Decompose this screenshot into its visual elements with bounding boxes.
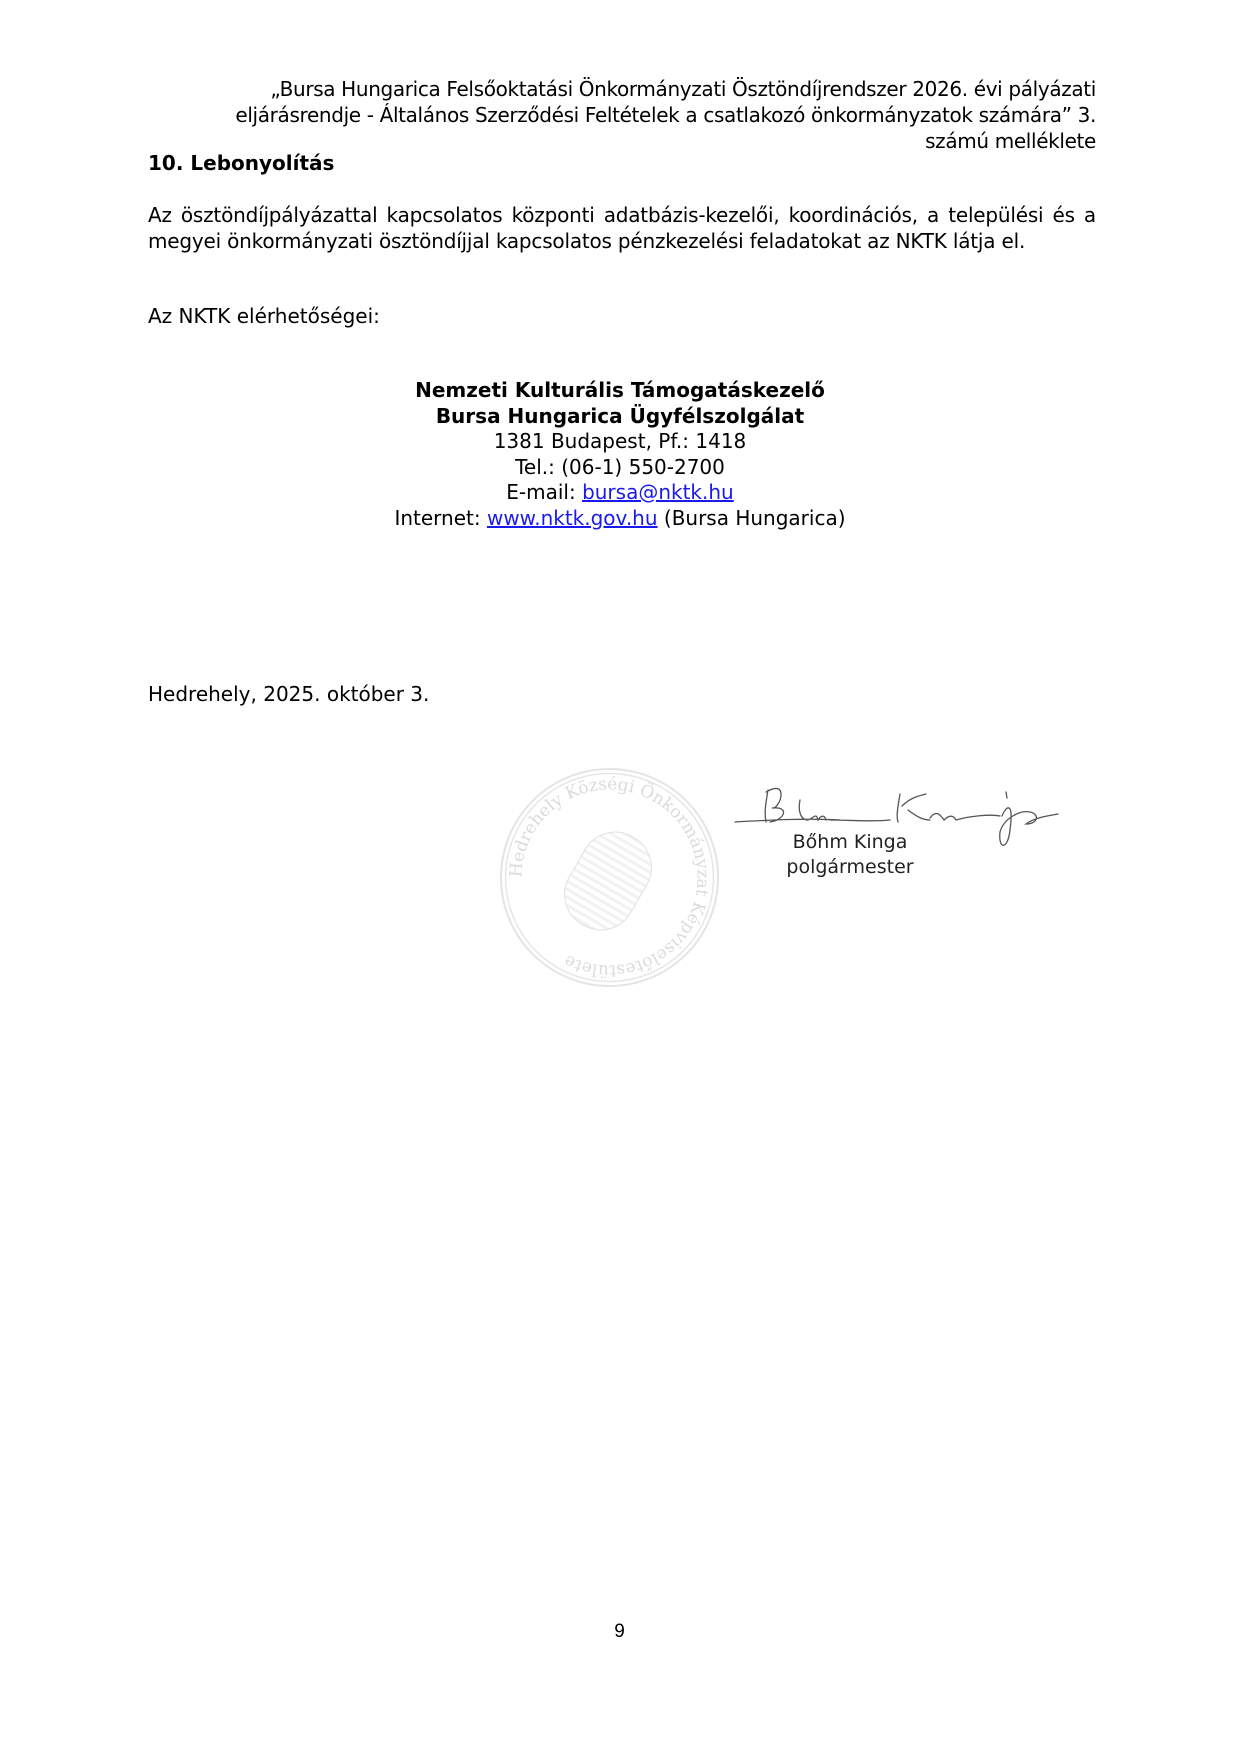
signer-title: polgármester [760,855,940,880]
website-suffix: (Bursa Hungarica) [658,506,846,530]
website-label: Internet: [394,506,487,530]
postal-address: 1381 Budapest, Pf.: 1418 [320,429,920,455]
contacts-label: Az NKTK elérhetőségei: [148,303,380,329]
contact-block: Nemzeti Kulturális Támogatáskezelő Bursa… [320,378,920,531]
place-date: Hedrehely, 2025. október 3. [148,681,429,707]
signer-name: Bőhm Kinga [760,830,940,855]
website-line: Internet: www.nktk.gov.hu (Bursa Hungari… [320,506,920,532]
signatory: Bőhm Kinga polgármester [760,830,940,880]
department-name: Bursa Hungarica Ügyfélszolgálat [320,404,920,430]
header-line-2: eljárásrendje - Általános Szerződési Fel… [148,102,1096,128]
page-number: 9 [0,1621,1239,1643]
annex-header: „Bursa Hungarica Felsőoktatási Önkormány… [148,76,1096,154]
header-line-1: „Bursa Hungarica Felsőoktatási Önkormány… [148,76,1096,102]
email-link[interactable]: bursa@nktk.hu [582,480,734,504]
email-line: E-mail: bursa@nktk.hu [320,480,920,506]
organization-name: Nemzeti Kulturális Támogatáskezelő [320,378,920,404]
body-paragraph: Az ösztöndíjpályázattal kapcsolatos közp… [148,202,1096,254]
telephone: Tel.: (06-1) 550-2700 [320,455,920,481]
email-label: E-mail: [506,480,582,504]
document-page: „Bursa Hungarica Felsőoktatási Önkormány… [0,0,1239,1754]
website-link[interactable]: www.nktk.gov.hu [487,506,658,530]
section-title: 10. Lebonyolítás [148,150,334,176]
